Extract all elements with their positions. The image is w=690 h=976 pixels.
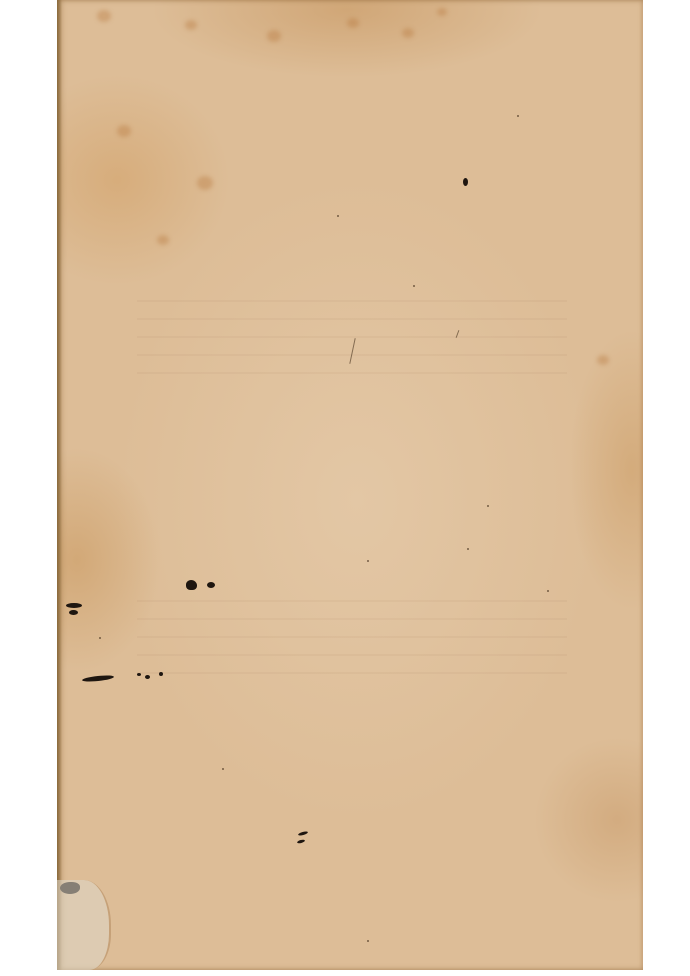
show-through-line bbox=[137, 618, 567, 620]
ink-blot bbox=[69, 610, 78, 615]
ink-blot bbox=[463, 178, 468, 186]
paper-speck bbox=[413, 285, 415, 287]
foxing-spot bbox=[197, 176, 213, 190]
ink-blot bbox=[297, 839, 306, 844]
paper-speck bbox=[367, 560, 369, 562]
paper-speck bbox=[337, 215, 339, 217]
show-through-line bbox=[137, 300, 567, 302]
foxing-spot bbox=[402, 28, 414, 38]
paper-fiber bbox=[349, 338, 355, 364]
ink-blot bbox=[82, 674, 114, 682]
foxing-spot bbox=[97, 10, 111, 22]
page-gutter-edge bbox=[57, 0, 62, 970]
show-through-line bbox=[137, 372, 567, 374]
foxing-spot bbox=[267, 30, 281, 42]
paper-speck bbox=[517, 115, 519, 117]
show-through-line bbox=[137, 600, 567, 602]
show-through-line bbox=[137, 636, 567, 638]
show-through-line bbox=[137, 672, 567, 674]
scan-viewport bbox=[0, 0, 690, 976]
foxing-spot bbox=[597, 355, 609, 365]
ink-blot bbox=[66, 603, 82, 608]
foxing-spot bbox=[347, 18, 359, 28]
show-through-line bbox=[137, 336, 567, 338]
paper-speck bbox=[547, 590, 549, 592]
ink-blot bbox=[137, 673, 141, 676]
foxing-spot bbox=[437, 8, 447, 16]
ink-blot bbox=[186, 580, 197, 590]
water-stain bbox=[57, 880, 111, 970]
foxing-spot bbox=[117, 125, 131, 137]
paper-speck bbox=[467, 548, 469, 550]
ink-blot bbox=[298, 831, 308, 836]
ink-blot bbox=[145, 675, 150, 679]
paper-speck bbox=[222, 768, 224, 770]
ink-blot bbox=[207, 582, 215, 588]
ink-blot bbox=[159, 672, 163, 676]
paper-speck bbox=[487, 505, 489, 507]
paper-speck bbox=[367, 940, 369, 942]
paper-speck bbox=[99, 637, 101, 639]
book-page bbox=[57, 0, 643, 970]
show-through-line bbox=[137, 318, 567, 320]
show-through-line bbox=[137, 654, 567, 656]
foxing-spot bbox=[157, 235, 169, 245]
foxing-spot bbox=[185, 20, 197, 30]
